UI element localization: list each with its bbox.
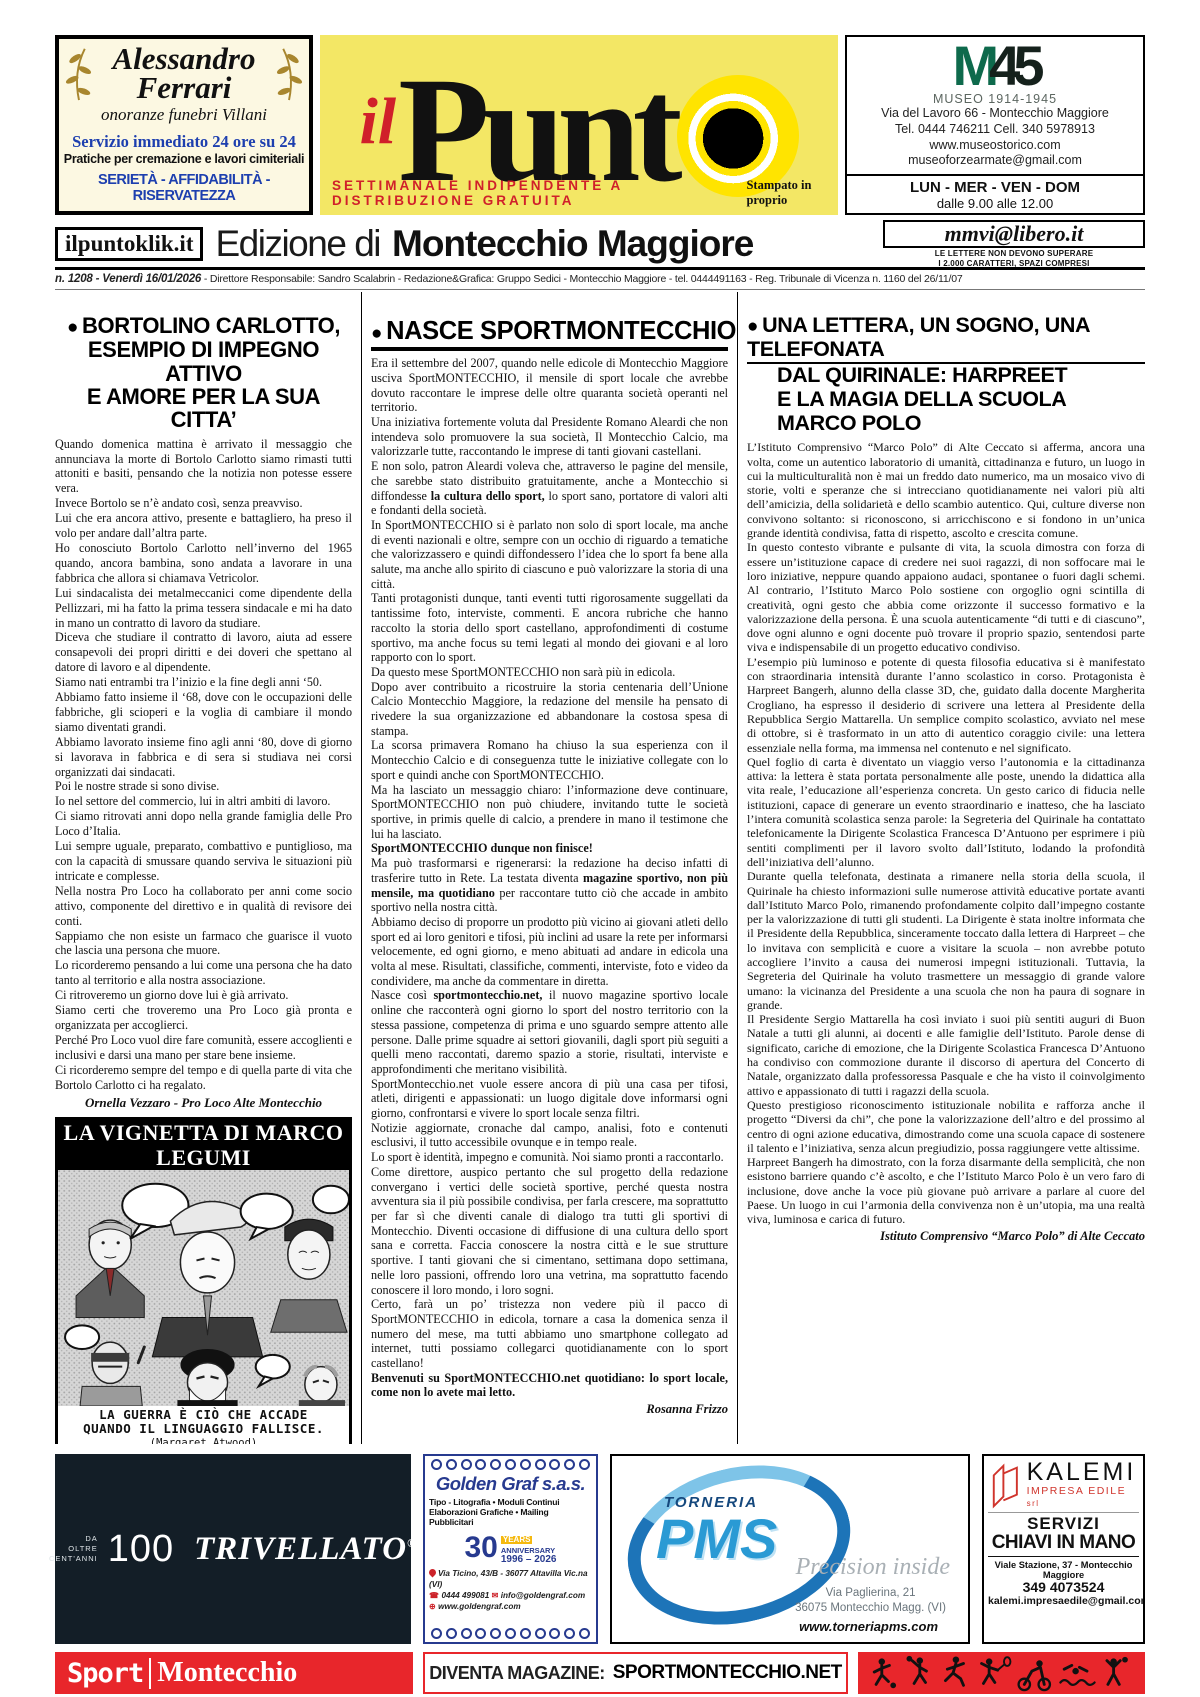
paragraph: Poi le nostre strade si sono divise. bbox=[55, 779, 352, 794]
edition-prefix: Edizione di bbox=[215, 223, 380, 265]
bottom-ads-row: DA OLTRE CENT'ANNI 100 TRIVELLATO® Golde… bbox=[55, 1454, 1145, 1644]
ad-kalemi: KALEMI IMPRESA EDILE srl SERVIZI CHIAVI … bbox=[982, 1454, 1145, 1644]
paragraph: Nella nostra Pro Loco ha collaborato per… bbox=[55, 884, 352, 929]
circle-border-decoration bbox=[429, 1627, 592, 1640]
paragraph: Questo prestigioso riconoscimento istitu… bbox=[747, 1098, 1145, 1155]
paragraph: Benvenuti su SportMONTECCHIO.net quotidi… bbox=[371, 1371, 728, 1400]
pin-icon bbox=[428, 1568, 438, 1578]
paragraph: Diceva che studiare il contratto di lavo… bbox=[55, 630, 352, 675]
paragraph: Tanti protagonisti dunque, tanti eventi … bbox=[371, 591, 728, 665]
paragraph: Invece Bortolo se n’è andato così, senza… bbox=[55, 496, 352, 511]
article-1-signature: Ornella Vezzaro - Pro Loco Alte Montecch… bbox=[55, 1095, 352, 1111]
edition-bar: ilpuntoklik.it Edizione di Montecchio Ma… bbox=[55, 224, 1145, 270]
masthead-title: Punt bbox=[398, 72, 674, 189]
site-url: ilpuntoklik.it bbox=[55, 227, 203, 261]
paragraph: Siamo certi che troveremo una Pro Loco g… bbox=[55, 1003, 352, 1033]
goldengraf-brand: Golden Graf s.a.s. bbox=[429, 1473, 592, 1495]
mail-icon: ✉ bbox=[492, 1591, 499, 1600]
sports-figures-icon bbox=[858, 1654, 1145, 1692]
paragraph: Siamo nati entrambi tra l’inizio e la fi… bbox=[55, 675, 352, 690]
cartoon-credit: (Margaret Atwood) bbox=[60, 1437, 347, 1444]
footer-banner: DIVENTA MAGAZINE: SPORTMONTECCHIO.NET bbox=[423, 1652, 848, 1694]
article-sportmontecchio: ●NASCE SPORTMONTECCHIO.NET Era il settem… bbox=[361, 292, 737, 1444]
goldengraf-contacts: Via Ticino, 43/B - 36077 Altavilla Vic.n… bbox=[429, 1568, 592, 1612]
ad-goldengraf: Golden Graf s.a.s. Tipo - Litografia • M… bbox=[423, 1454, 598, 1644]
trivellato-overline: DA OLTRE CENT'ANNI bbox=[49, 1534, 98, 1563]
paragraph: SportMONTECCHIO dunque non finisce! bbox=[371, 841, 728, 856]
header: AlessandroFerrari onoranze funebri Villa… bbox=[55, 35, 1145, 215]
headline-bullet: ● bbox=[371, 323, 382, 344]
paragraph: Io nel settore del commercio, lui in alt… bbox=[55, 794, 352, 809]
cartoon-caption: LA GUERRA È CIÒ CHE ACCADE QUANDO IL LIN… bbox=[58, 1406, 349, 1444]
sports-silhouettes-strip bbox=[858, 1652, 1145, 1694]
kalemi-brand: KALEMI bbox=[1027, 1460, 1139, 1485]
paragraph: SportMontecchio.net vuole essere ancora … bbox=[371, 1077, 728, 1121]
paragraph: Ci ricorderemo sempre del tempo e di que… bbox=[55, 1063, 352, 1093]
trivellato-brand: TRIVELLATO® bbox=[194, 1531, 417, 1568]
museo-phones: Tel. 0444 746211 Cell. 340 5978913 bbox=[847, 122, 1143, 138]
paragraph: Nasce così sportmontecchio.net, il nuovo… bbox=[371, 988, 728, 1076]
article-bortolino-carlotto: ●BORTOLINO CARLOTTO, ESEMPIO DI IMPEGNO … bbox=[55, 292, 361, 1444]
sportmontecchio-logo: Sport Montecchio bbox=[55, 1652, 413, 1694]
article-2-body: Era il settembre del 2007, quando nelle … bbox=[371, 356, 728, 1400]
article-2-headline: ●NASCE SPORTMONTECCHIO.NET bbox=[371, 317, 728, 351]
phone-icon: ☎ bbox=[429, 1591, 439, 1600]
paragraph: In questo contesto vibrante e pulsante d… bbox=[747, 540, 1145, 654]
masthead-tagline: SETTIMANALE INDIPENDENTE A DISTRIBUZIONE… bbox=[332, 178, 746, 208]
kalemi-email: kalemi.impresaedile@gmail.com bbox=[988, 1595, 1139, 1607]
article-1-headline: ●BORTOLINO CARLOTTO, ESEMPIO DI IMPEGNO … bbox=[55, 314, 352, 431]
circle-border-decoration bbox=[429, 1458, 592, 1471]
political-cartoon bbox=[58, 1170, 349, 1406]
paragraph: In SportMONTECCHIO si è parlato non solo… bbox=[371, 518, 728, 592]
paragraph: La scorsa primavera Romano ha chiuso la … bbox=[371, 738, 728, 782]
paragraph: Abbiamo fatto insieme il ‘68, dove con l… bbox=[55, 690, 352, 735]
globe-icon: ⊕ bbox=[429, 1602, 436, 1611]
ferrari-service: Servizio immediato 24 ore su 24 bbox=[62, 132, 306, 152]
paragraph: Abbiamo lavorato insieme fino agli anni … bbox=[55, 735, 352, 780]
paragraph: L’Istituto Comprensivo “Marco Polo” di A… bbox=[747, 440, 1145, 540]
paragraph: Una iniziativa fortemente voluta dal Pre… bbox=[371, 415, 728, 459]
paragraph: Ci siamo ritrovati anni dopo nella grand… bbox=[55, 809, 352, 839]
museo-address: Via del Lavoro 66 - Montecchio Maggiore bbox=[847, 106, 1143, 122]
paragraph: Abbiamo deciso di proporre un prodotto p… bbox=[371, 915, 728, 989]
newspaper-front-page: AlessandroFerrari onoranze funebri Villa… bbox=[0, 0, 1200, 1697]
paragraph: Durante quella telefonata, destinata a r… bbox=[747, 869, 1145, 1012]
letters-note: LE LETTERE NON DEVONO SUPERAREI 2.000 CA… bbox=[883, 249, 1145, 267]
paragraph: Notizie aggiornate, cronache dal campo, … bbox=[371, 1121, 728, 1150]
pms-brand: PMS bbox=[656, 1506, 777, 1571]
paragraph: Sappiamo che non esiste un farmaco che g… bbox=[55, 929, 352, 959]
paragraph: Ma può trasformarsi e rigenerarsi: la re… bbox=[371, 856, 728, 915]
article-3-headline: ●UNA LETTERA, UN SOGNO, UNA TELEFONATA D… bbox=[747, 314, 1145, 435]
paragraph: Ci ritroveremo un giorno dove lui è già … bbox=[55, 988, 352, 1003]
goldengraf-anniversary-logo: 30 YEARS ANNIVERSARY 1996 – 2026 bbox=[429, 1530, 592, 1565]
paragraph: Certo, farà un po’ tristezza non vedere … bbox=[371, 1297, 728, 1371]
paragraph: Lo sport è identità, impegno e comunità.… bbox=[371, 1150, 728, 1165]
paragraph: Lui sindacalista dei metalmeccanici come… bbox=[55, 586, 352, 631]
trivellato-100: 100 bbox=[108, 1528, 174, 1571]
kalemi-services: SERVIZI CHIAVI IN MANO bbox=[988, 1512, 1139, 1553]
pms-address: Via Paglierina, 2136075 Montecchio Magg.… bbox=[795, 1586, 946, 1616]
paragraph: Quando domenica mattina è arrivato il me… bbox=[55, 437, 352, 497]
paragraph: L’esempio più luminoso e potente di ques… bbox=[747, 655, 1145, 755]
m45-logo-caption: MUSEO 1914-1945 bbox=[847, 92, 1143, 106]
museo-web: www.museostorico.com bbox=[847, 138, 1143, 154]
paragraph: E non solo, patron Aleardi voleva che, a… bbox=[371, 459, 728, 518]
kalemi-address: Viale Stazione, 37 - Montecchio Maggiore bbox=[988, 1556, 1139, 1580]
m45-logo: M 45 bbox=[847, 41, 1143, 91]
paragraph: Ho conosciuto Bortolo Carlotto nell’inve… bbox=[55, 541, 352, 586]
ad-torneria-pms: TORNERIA PMS Precision inside Via Paglie… bbox=[610, 1454, 970, 1644]
paragraph: Quel foglio di carta è diventato un viag… bbox=[747, 755, 1145, 869]
article-2-signature: Rosanna Frizzo bbox=[371, 1402, 728, 1417]
paragraph: Da questo mese SportMONTECCHIO non sarà … bbox=[371, 665, 728, 680]
olive-branch-icon bbox=[63, 45, 93, 103]
cartoon-title: LA VIGNETTA DI MARCO LEGUMI bbox=[58, 1120, 349, 1171]
paragraph: Come direttore, auspico pertanto che sul… bbox=[371, 1165, 728, 1297]
pms-website: www.torneriapms.com bbox=[799, 1619, 938, 1634]
edition-city: Montecchio Maggiore bbox=[392, 223, 753, 265]
paragraph: Perché Pro Loco vuol dire fare comunità,… bbox=[55, 1033, 352, 1063]
paragraph: Dopo aver contribuito a ricostruire la s… bbox=[371, 680, 728, 739]
paragraph: Lui che era ancora attivo, presente e ba… bbox=[55, 511, 352, 541]
article-1-body: Quando domenica mattina è arrivato il me… bbox=[55, 437, 352, 1093]
olive-branch-icon bbox=[275, 45, 305, 103]
ferrari-values: SERIETÀ - AFFIDABILITÀ - RISERVATEZZA bbox=[62, 172, 306, 204]
ferrari-name: AlessandroFerrari bbox=[62, 45, 306, 102]
paragraph: Era il settembre del 2007, quando nelle … bbox=[371, 356, 728, 415]
masthead-printed-note: Stampato in proprio bbox=[746, 178, 830, 208]
paragraph: Lo ricorderemo pensando a lui come una p… bbox=[55, 958, 352, 988]
ferrari-address: Via Cavour, 23 - Fronte Cimitero - Monte… bbox=[62, 211, 306, 215]
masthead-il: il bbox=[359, 89, 396, 155]
cartoon-box: LA VIGNETTA DI MARCO LEGUMI bbox=[55, 1117, 352, 1445]
ad-museo-m45: M 45 MUSEO 1914-1945 Via del Lavoro 66 -… bbox=[845, 35, 1145, 215]
ad-ferrari: AlessandroFerrari onoranze funebri Villa… bbox=[55, 35, 313, 215]
footer-bar: Sport Montecchio DIVENTA MAGAZINE: SPORT… bbox=[55, 1652, 1145, 1694]
article-lettera-quirinale: ●UNA LETTERA, UN SOGNO, UNA TELEFONATA D… bbox=[737, 292, 1145, 1444]
articles: ●BORTOLINO CARLOTTO, ESEMPIO DI IMPEGNO … bbox=[55, 292, 1145, 1444]
paragraph: Ma ha lasciato un messaggio chiaro: l’in… bbox=[371, 783, 728, 842]
article-3-signature: Istituto Comprensivo “Marco Polo” di Alt… bbox=[747, 1229, 1145, 1244]
museo-email: museoforzearmate@gmail.com bbox=[847, 153, 1143, 169]
kalemi-building-icon bbox=[988, 1461, 1023, 1509]
ad-trivellato: DA OLTRE CENT'ANNI 100 TRIVELLATO® bbox=[55, 1454, 411, 1644]
paragraph: Harpreet Bangerh ha dimostrato, con la f… bbox=[747, 1155, 1145, 1226]
pms-slogan: Precision inside bbox=[796, 1554, 950, 1581]
letters-email: mmvi@libero.it bbox=[883, 220, 1145, 248]
museo-hours: dalle 9.00 alle 12.00 bbox=[847, 196, 1143, 211]
headline-bullet: ● bbox=[67, 317, 78, 338]
headline-bullet: ● bbox=[747, 316, 758, 337]
kalemi-phone: 349 4073524 bbox=[988, 1580, 1139, 1595]
kalemi-subtitle: IMPRESA EDILE srl bbox=[1027, 1485, 1139, 1509]
goldengraf-service-1: Tipo - Litografia • Moduli Continui bbox=[429, 1497, 592, 1507]
museo-days: LUN - MER - VEN - DOM bbox=[847, 179, 1143, 196]
masthead: il Punt SETTIMANALE INDIPENDENTE A DISTR… bbox=[320, 35, 838, 215]
paragraph: Lui sempre uguale, preparato, combattivo… bbox=[55, 839, 352, 884]
paragraph: Il Presidente Sergio Mattarella ha così … bbox=[747, 1012, 1145, 1098]
goldengraf-service-2: Elaborazioni Grafiche • Mailing Pubblici… bbox=[429, 1507, 592, 1527]
issue-line: n. 1208 - Venerdì 16/01/2026 - Direttore… bbox=[55, 270, 1145, 290]
ferrari-subtitle: onoranze funebri Villani bbox=[62, 105, 306, 125]
letters-box: mmvi@libero.it LE LETTERE NON DEVONO SUP… bbox=[883, 220, 1145, 268]
ferrari-practices: Pratiche per cremazione e lavori cimiter… bbox=[62, 152, 306, 166]
article-3-body: L’Istituto Comprensivo “Marco Polo” di A… bbox=[747, 440, 1145, 1226]
